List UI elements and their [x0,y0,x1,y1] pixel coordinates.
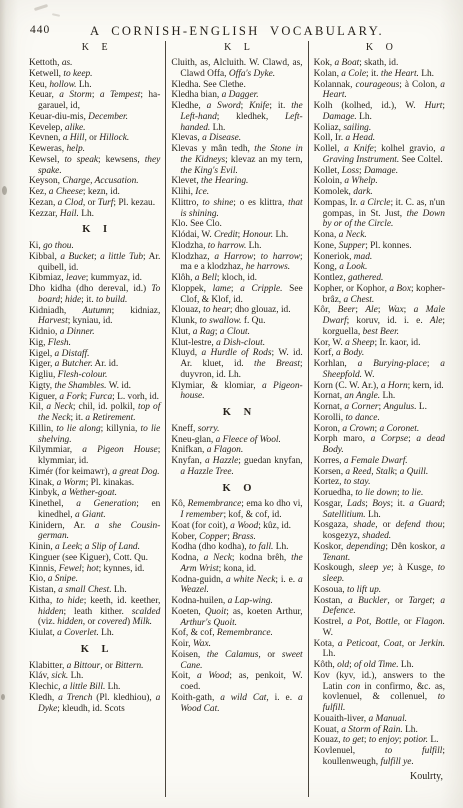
dictionary-entry: Klittro, to shine; o es klittra, that is… [171,198,302,220]
dictionary-entry: Kolh (kolhed, id.), W. Hurt; Damage. Lh. [314,101,445,123]
dictionary-entry: Keweras, help. [29,144,160,155]
dictionary-entry: Korf, a Body. [314,348,445,359]
book-page: 440 A CORNISH-ENGLISH VOCABULARY. K E Ke… [0,0,463,808]
dictionary-entry: Kiulat, a Coverlet. Lh. [29,628,160,639]
dictionary-entry: Knyfan, a Hazzle; guedan knyfan, a Hazzl… [171,456,302,478]
dictionary-entry: Koloin, a Whelp. [314,176,445,187]
dictionary-entry: Kimér (for keimawr), a great Dog. [29,467,160,478]
dictionary-entry: Koeten, Quoit; as, koeten Arthur, Arthur… [171,607,302,629]
dictionary-entry: Keyson, Charge, Accusation. [29,176,160,187]
dictionary-entry: Kibbal, a Bucket; a little Tub; Ar. quib… [29,252,160,274]
dictionary-entry: Kinak, a Worm; Pl. kinakas. [29,478,160,489]
page-title: A CORNISH-ENGLISH VOCABULARY. [90,24,384,38]
dictionary-entry: Korhlan, a Burying-place; a Sheepfold. W… [314,359,445,381]
scan-speck [52,13,60,17]
dictionary-entry: Kibmiaz, leave; kummyaz, id. [29,273,160,284]
column-3: K O Kok, a Boat; skath, id.Kolan, a Cole… [309,41,450,797]
dictionary-entry: Korph maro, a Corpse; a dead Body. [314,434,445,456]
dictionary-entry: Kio, a Snipe. [29,574,160,585]
dictionary-entry: Kevnen, a Hill, or Hillock. [29,133,160,144]
dictionary-entry: Komolek, dark. [314,187,445,198]
dictionary-entry: Kong, a Look. [314,262,445,273]
dictionary-entry: Koisen, the Calamus, or sweet Cane. [171,650,302,672]
dictionary-entry: Klabitter, a Bittour, or Bittern. [29,661,160,672]
scan-speck [2,186,7,195]
dictionary-entry: Klihi, Ice. [171,187,302,198]
dictionary-entry: Klôh, a Bell; kloch, id. [171,273,302,284]
dictionary-entry: Kewsel, to speak; kewsens, they spake. [29,155,160,177]
column-2: K L Cluith, as, Alcluith. W. Clawd, as, … [165,41,308,797]
dictionary-entry: Kornat, an Angle. Lh. [314,391,445,402]
dictionary-entry: Koron, a Crown; a Coronet. [314,424,445,435]
dictionary-entry: Koit, a Wood; as, penkoit, W. coed. [171,671,302,693]
dictionary-entry: Killin, to lie along; killynia, to lie s… [29,424,160,446]
dictionary-entry: Korolli, to dance. [314,413,445,424]
dictionary-entry: Kigel, a Distaff. [29,349,160,360]
dictionary-entry: Klymiar, & klomiar, a Pigeon-house. [171,381,302,403]
dictionary-entry: Kig, Flesh. [29,338,160,349]
dictionary-entry: Kodna-huilen, a Lap-wing. [171,596,302,607]
dictionary-entry: Kneu-glan, a Fleece of Wool. [171,435,302,446]
dictionary-entry: Kinbyk, a Wether-goat. [29,488,160,499]
dictionary-entry: Kinnis, Fewel; hot; kynnes, id. [29,564,160,575]
page-header: 440 A CORNISH-ENGLISH VOCABULARY. [24,22,450,40]
scan-speck [1,694,5,700]
dictionary-entry: Klouaz, to hear; dho glouaz, id. [171,305,302,316]
section-header: K I [29,225,160,236]
dictionary-entry: Kodna-guidn, a white Neck; i. e. a Weaze… [171,575,302,597]
dictionary-entry: Kovlenuel, to fulfill; koullenweugh, ful… [314,746,445,768]
dictionary-entry: Kinin, a Leek; a Slip of Land. [29,542,160,553]
dictionary-entry: Kolan, a Cole; it. the Heart. Lh. [314,69,445,80]
dictionary-entry: Knifkan, a Flagon. [171,445,302,456]
dictionary-entry: Kontlez, gathered. [314,273,445,284]
dictionary-entry: Koir, Wax. [171,639,302,650]
scan-speck [34,4,48,11]
column-1-entries: Kettoth, as.Ketwell, to keep.Keu, hollow… [29,58,160,714]
dictionary-entry: Kledhe, a Sword; Knife; it. the Left-han… [171,101,302,133]
dictionary-entry: Kilymmiar, a Pigeon House; klymmiar, id. [29,445,160,467]
dictionary-entry: Kistan, a small Chest. Lh. [29,585,160,596]
dictionary-entry: Kopher, or Kophor, a Box; kopher-brâz, a… [314,284,445,306]
dictionary-entry: Koskough, sleep ye; à Kusge, to sleep. [314,563,445,585]
dictionary-entry: Kôth, old; of old Time. Lh. [314,660,445,671]
dictionary-entry: Klevet, the Hearing. [171,176,302,187]
dictionary-entry: Kota, a Peticoat, Coat, or Jerkin. Lh. [314,639,445,661]
dictionary-entry: Kouaith-liver, a Manual. [314,714,445,725]
dictionary-entry: Kodna, a Neck; kodna brêh, the Arm Wrist… [171,553,302,575]
dictionary-entry: Koith-gath, a wild Cat, i. e. a Wood Cat… [171,693,302,715]
dictionary-entry: Kneff, sorry. [171,424,302,435]
section-header: K O [171,484,302,495]
dictionary-entry: Kledha. See Clethe. [171,80,302,91]
dictionary-entry: Klo. See Clo. [171,219,302,230]
dictionary-entry: Klut-lestre, a Dish-clout. [171,338,302,349]
dictionary-entry: Kollel, a Knife; kolhel gravio, a Gravin… [314,144,445,166]
dictionary-entry: Kinethel, a Generation; en kinedhel, a G… [29,499,160,521]
dictionary-entry: Ketwell, to keep. [29,69,160,80]
page-number: 440 [30,24,50,36]
dictionary-entry: Kosgaza, shade, or defend thou; kosgezyz… [314,520,445,542]
dictionary-entry: Klodzha, to harrow. Lh. [171,241,302,252]
column-guide-3: K O [314,41,445,58]
dictionary-entry: Kof, & cof, Remembrance. [171,628,302,639]
dictionary-entry: Kidniadh, Autumn; kidniaz, Harvest; kyni… [29,306,160,328]
dictionary-entry: Klut, a Rag; a Clout. [171,327,302,338]
dictionary-entry: Ki, go thou. [29,241,160,252]
dictionary-entry: Kil, a Neck; chil, id. polkil, top of th… [29,402,160,424]
dictionary-entry: Kezan, a Clod, or Turf; Pl. kezau. [29,198,160,209]
dictionary-entry: Keuar, a Storm; a Tempest; ha-garauel, i… [29,90,160,112]
dictionary-entry: Kledh, a Trench (Pl. kledhiou), a Dyke; … [29,693,160,715]
dictionary-entry: Kosoua, to lift up. [314,585,445,596]
dictionary-entry: Kinidern, Ar. a she Cousin-german. [29,521,160,543]
dictionary-entry: Kollet, Loss; Damage. [314,166,445,177]
dictionary-entry: Kiguer, a Fork; Furca; L. vorh, id. [29,392,160,403]
dictionary-entry: Kober, Copper; Brass. [171,532,302,543]
section-header: K L [29,645,160,656]
dictionary-entry: Kigty, the Shambles. W. id. [29,381,160,392]
dictionary-entry: Koll, Ir. a Head. [314,133,445,144]
dictionary-entry: Koliaz, sailing. [314,123,445,134]
dictionary-entry: Kez, a Cheese; kezn, id. [29,187,160,198]
dictionary-entry: Kledha bian, a Dagger. [171,90,302,101]
dictionary-entry: Kláv, sick. Lh. [29,671,160,682]
dictionary-entry: Koskor, depending; Dên koskor, a Tenant. [314,542,445,564]
dictionary-entry: Koruedha, to lie down; to lie. [314,488,445,499]
dictionary-entry: Kluyd, a Hurdle of Rods; W. id. Ar. klue… [171,348,302,380]
column-1: K E Kettoth, as.Ketwell, to keep.Keu, ho… [24,41,165,797]
dictionary-entry: Keu, hollow. Lh. [29,80,160,91]
dictionary-entry: Kloppek, lame; a Cripple. See Clof, & Kl… [171,284,302,306]
dictionary-entry: Kone, Supper; Pl. konnes. [314,241,445,252]
dictionary-entry: Klunk, to swallow. f. Qu. [171,316,302,327]
dictionary-entry: Kona, a Neck. [314,230,445,241]
column-3-entries: Kok, a Boat; skath, id.Kolan, a Cole; it… [314,58,445,768]
dictionary-entry: Kezzar, Hail. Lh. [29,209,160,220]
column-guide-2: K L [171,41,302,58]
columns-container: K E Kettoth, as.Ketwell, to keep.Keu, ho… [24,41,450,797]
dictionary-entry: Klódai, W. Credit; Honour. Lh. [171,230,302,241]
dictionary-entry: Kinguer (see Kiguer), Cott. Qu. [29,553,160,564]
dictionary-entry: Kodha (dho kodha), to fall. Lh. [171,542,302,553]
dictionary-entry: Kortez, to stay. [314,477,445,488]
dictionary-entry: Kouaz, to get; to enjoy; potior. L. [314,735,445,746]
dictionary-entry: Cluith, as, Alcluith. W. Clawd, as, Claw… [171,58,302,80]
column-guide-1: K E [29,41,160,58]
dictionary-entry: Klechic, a little Bill. Lh. [29,682,160,693]
column-2-entries: Cluith, as, Alcluith. W. Clawd, as, Claw… [171,58,302,714]
catchword: Koulrty, [314,771,445,782]
dictionary-entry: Korsen, a Reed, Stalk; a Quill. [314,467,445,478]
dictionary-entry: Klevas y mân tedh, the Stone in the Kidn… [171,144,302,176]
dictionary-entry: Kompas, Ir. a Circle; it. C. as, n'un go… [314,198,445,230]
dictionary-entry: Kettoth, as. [29,58,160,69]
dictionary-entry: Klodzhaz, a Harrow; to harrow; ma e a kl… [171,252,302,274]
dictionary-entry: Kostrel, a Pot, Bottle, or Flagon. W. [314,617,445,639]
dictionary-entry: Dho kidha (dho dereval, id.) To board; h… [29,284,160,306]
dictionary-entry: Kolannak, courageous; à Colon, a Heart. [314,80,445,102]
dictionary-entry: Korn (C. W. Ar.), a Horn; kern, id. [314,381,445,392]
dictionary-entry: Keuar-diu-mis, December. [29,112,160,123]
dictionary-entry: Kornat, a Corner; Angulus. L. [314,402,445,413]
dictionary-entry: Kigliu, Flesh-colour. [29,370,160,381]
dictionary-entry: Kov (kyv, id.), answers to the Latin con… [314,671,445,714]
dictionary-entry: Kitha, to hide; keeth, id. keether, hidd… [29,596,160,628]
dictionary-entry: Kok, a Boat; skath, id. [314,58,445,69]
section-header: K N [171,408,302,419]
dictionary-entry: Kô, Remembrance; ema ko dho vi, I rememb… [171,499,302,521]
dictionary-entry: Kiger, a Butcher. Ar. id. [29,359,160,370]
dictionary-entry: Koneriok, mad. [314,252,445,263]
dictionary-entry: Kouat, a Storm of Rain. Lh. [314,725,445,736]
dictionary-entry: Kevelep, alike. [29,123,160,134]
dictionary-entry: Kostan, a Buckler, or Target; a Defence. [314,596,445,618]
dictionary-entry: Kosgar, Lads; Boys; it. a Guard; Satelli… [314,499,445,521]
dictionary-entry: Klevas, a Disease. [171,133,302,144]
dictionary-entry: Kidnio, a Dinner. [29,327,160,338]
dictionary-entry: Kor, W. a Sheep; Ir. kaor, id. [314,338,445,349]
dictionary-entry: Koat (for coit), a Wood; kûz, id. [171,521,302,532]
dictionary-entry: Kôr, Beer; Ale; Wax; a Male Dwarf; koruv… [314,305,445,337]
dictionary-entry: Korres, a Female Dwarf. [314,456,445,467]
